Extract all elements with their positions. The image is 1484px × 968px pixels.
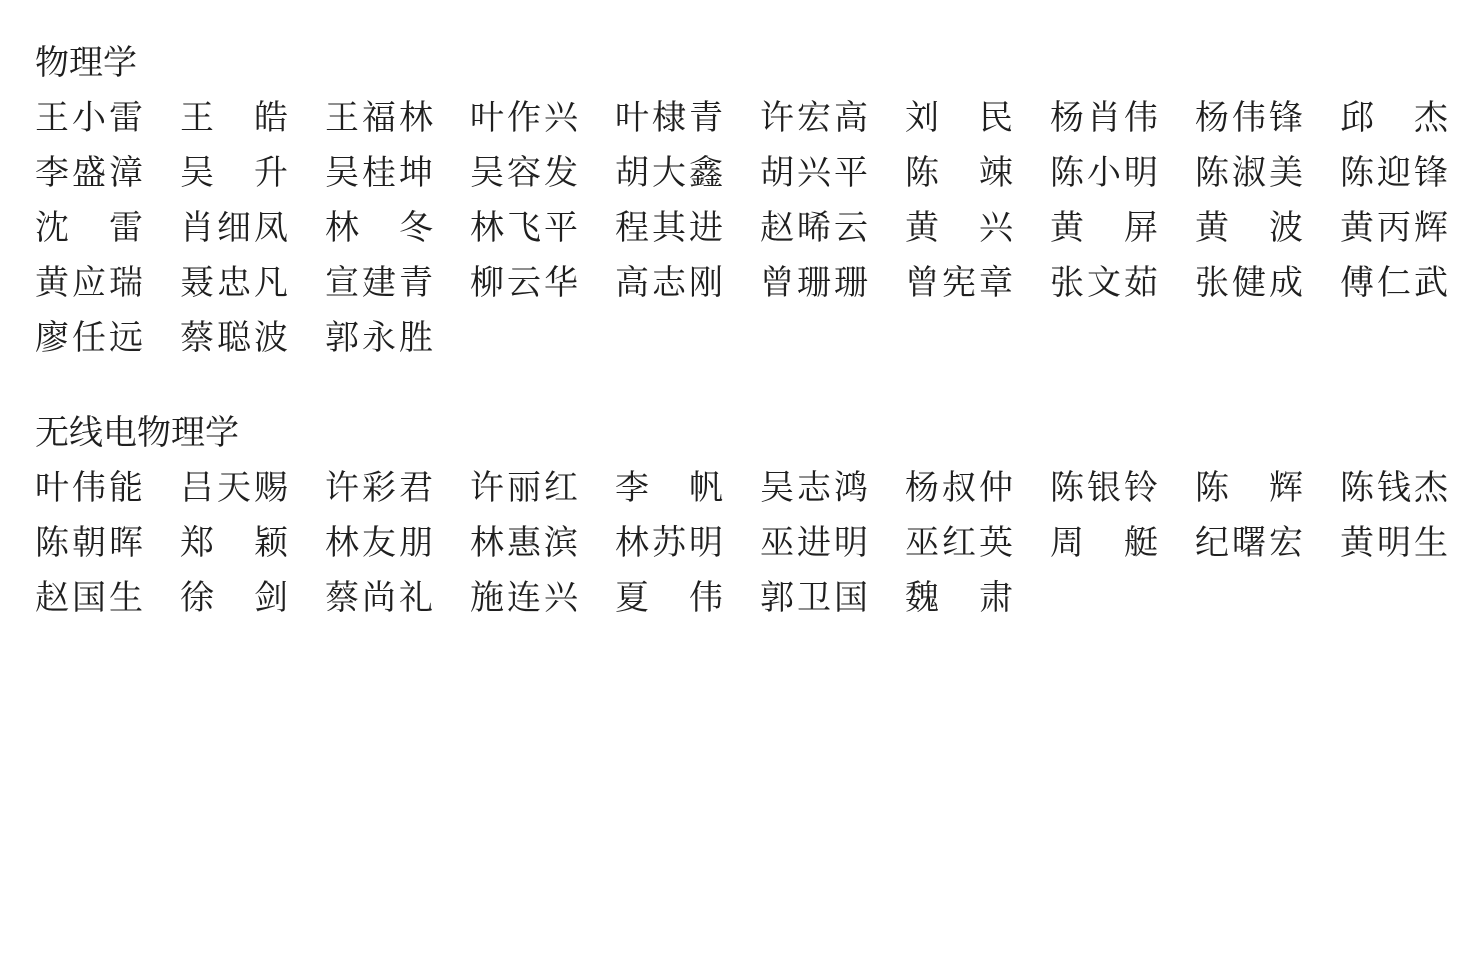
name-char: 陈 [1195, 146, 1229, 201]
name-char: 蔡 [325, 571, 359, 626]
name-char: 黄 [1340, 516, 1374, 571]
person-name: 肖细凤 [180, 201, 288, 256]
name-char: 茹 [1124, 256, 1158, 311]
person-name: 吴容发 [470, 146, 578, 201]
name-char: 发 [544, 146, 578, 201]
name-char: 凤 [254, 201, 288, 256]
name-section: 物理学 王小雷王皓王福林叶作兴叶棣青许宏高刘民杨肖伟杨伟锋邱杰李盛漳吴升吴桂坤吴… [35, 36, 1484, 366]
name-char: 明 [1377, 516, 1411, 571]
person-name: 杨叔仲 [905, 461, 1013, 516]
name-char: 志 [797, 461, 831, 516]
name-char: 国 [834, 571, 868, 626]
name-char: 杰 [1414, 461, 1448, 516]
name-char: 雷 [109, 201, 143, 256]
section-title: 无线电物理学 [35, 406, 1484, 461]
name-char: 柳 [470, 256, 504, 311]
person-name: 李盛漳 [35, 146, 143, 201]
name-char: 作 [507, 91, 541, 146]
name-char: 陈 [1195, 461, 1229, 516]
name-char: 华 [544, 256, 578, 311]
name-char: 兴 [979, 201, 1013, 256]
name-char: 巫 [760, 516, 794, 571]
name-char: 陈 [905, 146, 939, 201]
name-char: 曾 [905, 256, 939, 311]
name-char: 辉 [1414, 201, 1448, 256]
name-char: 仁 [1377, 256, 1411, 311]
person-name: 郑颖 [180, 516, 288, 571]
name-char: 淑 [1232, 146, 1266, 201]
person-name: 陈朝晖 [35, 516, 143, 571]
name-char: 升 [254, 146, 288, 201]
name-char: 永 [362, 311, 396, 366]
name-row: 黄应瑞聂忠凡宣建青柳云华高志刚曾珊珊曾宪章张文茹张健成傅仁武 [35, 256, 1484, 311]
name-char: 伟 [72, 461, 106, 516]
name-char: 苏 [652, 516, 686, 571]
name-char: 能 [109, 461, 143, 516]
name-char: 魏 [905, 571, 939, 626]
name-char: 应 [72, 256, 106, 311]
name-char: 艇 [1124, 516, 1158, 571]
name-char: 黄 [905, 201, 939, 256]
name-char: 张 [1195, 256, 1229, 311]
name-rows: 王小雷王皓王福林叶作兴叶棣青许宏高刘民杨肖伟杨伟锋邱杰李盛漳吴升吴桂坤吴容发胡大… [35, 91, 1484, 366]
person-name: 陈钱杰 [1340, 461, 1448, 516]
name-char: 珊 [797, 256, 831, 311]
person-name: 曾宪章 [905, 256, 1013, 311]
name-char: 赵 [760, 201, 794, 256]
person-name: 黄屏 [1050, 201, 1158, 256]
name-char: 杨 [1050, 91, 1084, 146]
name-char: 友 [362, 516, 396, 571]
name-char: 钱 [1377, 461, 1411, 516]
person-name: 陈辉 [1195, 461, 1303, 516]
name-char: 晞 [797, 201, 831, 256]
name-char: 伟 [689, 571, 723, 626]
name-char: 许 [760, 91, 794, 146]
name-char: 兴 [544, 571, 578, 626]
name-char: 进 [689, 201, 723, 256]
name-char: 郑 [180, 516, 214, 571]
person-name: 赵国生 [35, 571, 143, 626]
person-name: 蔡尚礼 [325, 571, 433, 626]
name-char: 明 [689, 516, 723, 571]
name-char: 黄 [1340, 201, 1374, 256]
name-char: 云 [834, 201, 868, 256]
name-char: 高 [615, 256, 649, 311]
name-char: 丙 [1377, 201, 1411, 256]
person-name: 王福林 [325, 91, 433, 146]
person-name: 纪曙宏 [1195, 516, 1303, 571]
person-name: 陈小明 [1050, 146, 1158, 201]
name-char: 傅 [1340, 256, 1374, 311]
person-name: 杨伟锋 [1195, 91, 1303, 146]
name-char: 朝 [72, 516, 106, 571]
name-row: 陈朝晖郑颖林友朋林惠滨林苏明巫进明巫红英周艇纪曙宏黄明生 [35, 516, 1484, 571]
name-char: 礼 [399, 571, 433, 626]
name-char: 辉 [1269, 461, 1303, 516]
name-char: 武 [1414, 256, 1448, 311]
name-char: 云 [507, 256, 541, 311]
person-name: 黄波 [1195, 201, 1303, 256]
name-char: 陈 [35, 516, 69, 571]
name-char: 铃 [1124, 461, 1158, 516]
name-char: 叔 [942, 461, 976, 516]
person-name: 叶作兴 [470, 91, 578, 146]
name-char: 凡 [254, 256, 288, 311]
name-char: 红 [942, 516, 976, 571]
name-char: 许 [325, 461, 359, 516]
name-char: 林 [470, 516, 504, 571]
name-char: 健 [1232, 256, 1266, 311]
name-char: 杰 [1414, 91, 1448, 146]
name-char: 鸿 [834, 461, 868, 516]
person-name: 陈迎锋 [1340, 146, 1448, 201]
name-char: 明 [1124, 146, 1158, 201]
person-name: 聂忠凡 [180, 256, 288, 311]
name-char: 巫 [905, 516, 939, 571]
person-name: 叶伟能 [35, 461, 143, 516]
name-char: 屏 [1124, 201, 1158, 256]
person-name: 曾珊珊 [760, 256, 868, 311]
name-char: 远 [109, 311, 143, 366]
name-char: 彩 [362, 461, 396, 516]
person-name: 黄应瑞 [35, 256, 143, 311]
person-name: 胡兴平 [760, 146, 868, 201]
name-char: 其 [652, 201, 686, 256]
person-name: 周艇 [1050, 516, 1158, 571]
name-char: 吕 [180, 461, 214, 516]
name-char: 惠 [507, 516, 541, 571]
name-char: 漳 [109, 146, 143, 201]
person-name: 王皓 [180, 91, 288, 146]
person-name: 柳云华 [470, 256, 578, 311]
name-char: 生 [1414, 516, 1448, 571]
person-name: 蔡聪波 [180, 311, 288, 366]
name-char: 肃 [979, 571, 1013, 626]
name-char: 吴 [470, 146, 504, 201]
name-char: 英 [979, 516, 1013, 571]
name-char: 杨 [905, 461, 939, 516]
name-rows: 叶伟能吕天赐许彩君许丽红李帆吴志鸿杨叔仲陈银铃陈辉陈钱杰陈朝晖郑颖林友朋林惠滨林… [35, 461, 1484, 626]
person-name: 许彩君 [325, 461, 433, 516]
name-char: 李 [35, 146, 69, 201]
person-name: 赵晞云 [760, 201, 868, 256]
name-row: 叶伟能吕天赐许彩君许丽红李帆吴志鸿杨叔仲陈银铃陈辉陈钱杰 [35, 461, 1484, 516]
name-char: 张 [1050, 256, 1084, 311]
name-char: 宪 [942, 256, 976, 311]
person-name: 林惠滨 [470, 516, 578, 571]
person-name: 胡大鑫 [615, 146, 723, 201]
person-name: 廖任远 [35, 311, 143, 366]
name-char: 波 [1269, 201, 1303, 256]
name-char: 曙 [1232, 516, 1266, 571]
person-name: 宣建青 [325, 256, 433, 311]
person-name: 林苏明 [615, 516, 723, 571]
name-char: 曾 [760, 256, 794, 311]
person-name: 林冬 [325, 201, 433, 256]
person-name: 叶棣青 [615, 91, 723, 146]
person-name: 施连兴 [470, 571, 578, 626]
name-char: 剑 [254, 571, 288, 626]
name-char: 卫 [797, 571, 831, 626]
person-name: 陈淑美 [1195, 146, 1303, 201]
name-char: 叶 [470, 91, 504, 146]
name-char: 邱 [1340, 91, 1374, 146]
name-char: 肖 [1087, 91, 1121, 146]
person-name: 魏肃 [905, 571, 1013, 626]
person-name: 傅仁武 [1340, 256, 1448, 311]
person-name: 吴志鸿 [760, 461, 868, 516]
name-char: 朋 [399, 516, 433, 571]
name-char: 棣 [652, 91, 686, 146]
person-name: 吴升 [180, 146, 288, 201]
name-char: 陈 [1340, 146, 1374, 201]
name-char: 吴 [325, 146, 359, 201]
name-char: 施 [470, 571, 504, 626]
name-char: 仲 [979, 461, 1013, 516]
name-char: 王 [35, 91, 69, 146]
sections-container: 物理学 王小雷王皓王福林叶作兴叶棣青许宏高刘民杨肖伟杨伟锋邱杰李盛漳吴升吴桂坤吴… [35, 36, 1484, 626]
name-char: 陈 [1340, 461, 1374, 516]
name-char: 宣 [325, 256, 359, 311]
name-char: 波 [254, 311, 288, 366]
name-char: 盛 [72, 146, 106, 201]
person-name: 程其进 [615, 201, 723, 256]
person-name: 黄兴 [905, 201, 1013, 256]
name-row: 李盛漳吴升吴桂坤吴容发胡大鑫胡兴平陈竦陈小明陈淑美陈迎锋 [35, 146, 1484, 201]
name-char: 帆 [689, 461, 723, 516]
name-char: 周 [1050, 516, 1084, 571]
name-char: 任 [72, 311, 106, 366]
name-char: 聂 [180, 256, 214, 311]
name-char: 程 [615, 201, 649, 256]
name-char: 成 [1269, 256, 1303, 311]
name-section: 无线电物理学 叶伟能吕天赐许彩君许丽红李帆吴志鸿杨叔仲陈银铃陈辉陈钱杰陈朝晖郑颖… [35, 406, 1484, 626]
person-name: 黄明生 [1340, 516, 1448, 571]
name-char: 志 [652, 256, 686, 311]
name-char: 王 [325, 91, 359, 146]
name-char: 瑞 [109, 256, 143, 311]
name-char: 叶 [35, 461, 69, 516]
name-char: 尚 [362, 571, 396, 626]
name-char: 宏 [1269, 516, 1303, 571]
name-char: 进 [797, 516, 831, 571]
name-char: 高 [834, 91, 868, 146]
person-name: 巫红英 [905, 516, 1013, 571]
name-row: 廖任远蔡聪波郭永胜 [35, 311, 1484, 366]
name-char: 吴 [760, 461, 794, 516]
name-char: 陈 [1050, 461, 1084, 516]
name-char: 兴 [797, 146, 831, 201]
person-name: 巫进明 [760, 516, 868, 571]
section-title: 物理学 [35, 36, 1484, 91]
name-char: 赐 [254, 461, 288, 516]
person-name: 陈银铃 [1050, 461, 1158, 516]
name-char: 细 [217, 201, 251, 256]
name-char: 民 [979, 91, 1013, 146]
name-char: 美 [1269, 146, 1303, 201]
name-char: 福 [362, 91, 396, 146]
name-char: 郭 [325, 311, 359, 366]
name-char: 宏 [797, 91, 831, 146]
name-char: 坤 [399, 146, 433, 201]
name-char: 银 [1087, 461, 1121, 516]
name-char: 肖 [180, 201, 214, 256]
name-char: 小 [72, 91, 106, 146]
name-char: 竦 [979, 146, 1013, 201]
person-name: 吴桂坤 [325, 146, 433, 201]
name-char: 黄 [35, 256, 69, 311]
person-name: 邱杰 [1340, 91, 1448, 146]
person-name: 张文茹 [1050, 256, 1158, 311]
name-char: 夏 [615, 571, 649, 626]
person-name: 杨肖伟 [1050, 91, 1158, 146]
person-name: 林飞平 [470, 201, 578, 256]
name-char: 晖 [109, 516, 143, 571]
name-char: 冬 [399, 201, 433, 256]
name-char: 珊 [834, 256, 868, 311]
name-char: 滨 [544, 516, 578, 571]
name-char: 飞 [507, 201, 541, 256]
name-char: 兴 [544, 91, 578, 146]
name-char: 君 [399, 461, 433, 516]
name-char: 刘 [905, 91, 939, 146]
name-char: 迎 [1377, 146, 1411, 201]
name-char: 胡 [615, 146, 649, 201]
name-char: 建 [362, 256, 396, 311]
name-row: 沈雷肖细凤林冬林飞平程其进赵晞云黄兴黄屏黄波黄丙辉 [35, 201, 1484, 256]
name-char: 徐 [180, 571, 214, 626]
person-name: 吕天赐 [180, 461, 288, 516]
name-char: 廖 [35, 311, 69, 366]
name-char: 红 [544, 461, 578, 516]
name-char: 小 [1087, 146, 1121, 201]
person-name: 许丽红 [470, 461, 578, 516]
name-char: 容 [507, 146, 541, 201]
name-char: 赵 [35, 571, 69, 626]
name-char: 胜 [399, 311, 433, 366]
name-char: 郭 [760, 571, 794, 626]
person-name: 夏伟 [615, 571, 723, 626]
person-name: 李帆 [615, 461, 723, 516]
name-char: 刚 [689, 256, 723, 311]
name-row: 赵国生徐剑蔡尚礼施连兴夏伟郭卫国魏肃 [35, 571, 1484, 626]
person-name: 郭卫国 [760, 571, 868, 626]
name-char: 忠 [217, 256, 251, 311]
name-char: 青 [689, 91, 723, 146]
name-char: 皓 [254, 91, 288, 146]
person-name: 许宏高 [760, 91, 868, 146]
name-char: 蔡 [180, 311, 214, 366]
name-char: 纪 [1195, 516, 1229, 571]
name-char: 平 [544, 201, 578, 256]
name-char: 聪 [217, 311, 251, 366]
name-char: 林 [325, 516, 359, 571]
name-char: 伟 [1124, 91, 1158, 146]
document-page: 物理学 王小雷王皓王福林叶作兴叶棣青许宏高刘民杨肖伟杨伟锋邱杰李盛漳吴升吴桂坤吴… [0, 0, 1484, 968]
person-name: 刘民 [905, 91, 1013, 146]
name-char: 锋 [1414, 146, 1448, 201]
name-char: 李 [615, 461, 649, 516]
name-char: 沈 [35, 201, 69, 256]
name-char: 锋 [1269, 91, 1303, 146]
name-char: 叶 [615, 91, 649, 146]
name-char: 雷 [109, 91, 143, 146]
name-char: 明 [834, 516, 868, 571]
name-char: 平 [834, 146, 868, 201]
person-name: 张健成 [1195, 256, 1303, 311]
name-char: 林 [615, 516, 649, 571]
name-char: 国 [72, 571, 106, 626]
person-name: 高志刚 [615, 256, 723, 311]
name-char: 鑫 [689, 146, 723, 201]
name-char: 大 [652, 146, 686, 201]
name-char: 林 [399, 91, 433, 146]
name-char: 陈 [1050, 146, 1084, 201]
name-row: 王小雷王皓王福林叶作兴叶棣青许宏高刘民杨肖伟杨伟锋邱杰 [35, 91, 1484, 146]
name-char: 连 [507, 571, 541, 626]
name-char: 王 [180, 91, 214, 146]
name-char: 文 [1087, 256, 1121, 311]
person-name: 黄丙辉 [1340, 201, 1448, 256]
name-char: 生 [109, 571, 143, 626]
name-char: 杨 [1195, 91, 1229, 146]
name-char: 胡 [760, 146, 794, 201]
person-name: 沈雷 [35, 201, 143, 256]
name-char: 章 [979, 256, 1013, 311]
person-name: 林友朋 [325, 516, 433, 571]
name-char: 黄 [1195, 201, 1229, 256]
person-name: 徐剑 [180, 571, 288, 626]
name-char: 丽 [507, 461, 541, 516]
name-char: 青 [399, 256, 433, 311]
person-name: 郭永胜 [325, 311, 433, 366]
name-char: 吴 [180, 146, 214, 201]
name-char: 天 [217, 461, 251, 516]
name-char: 林 [325, 201, 359, 256]
name-char: 林 [470, 201, 504, 256]
name-char: 许 [470, 461, 504, 516]
person-name: 王小雷 [35, 91, 143, 146]
name-char: 伟 [1232, 91, 1266, 146]
name-char: 颖 [254, 516, 288, 571]
person-name: 陈竦 [905, 146, 1013, 201]
name-char: 黄 [1050, 201, 1084, 256]
name-char: 桂 [362, 146, 396, 201]
